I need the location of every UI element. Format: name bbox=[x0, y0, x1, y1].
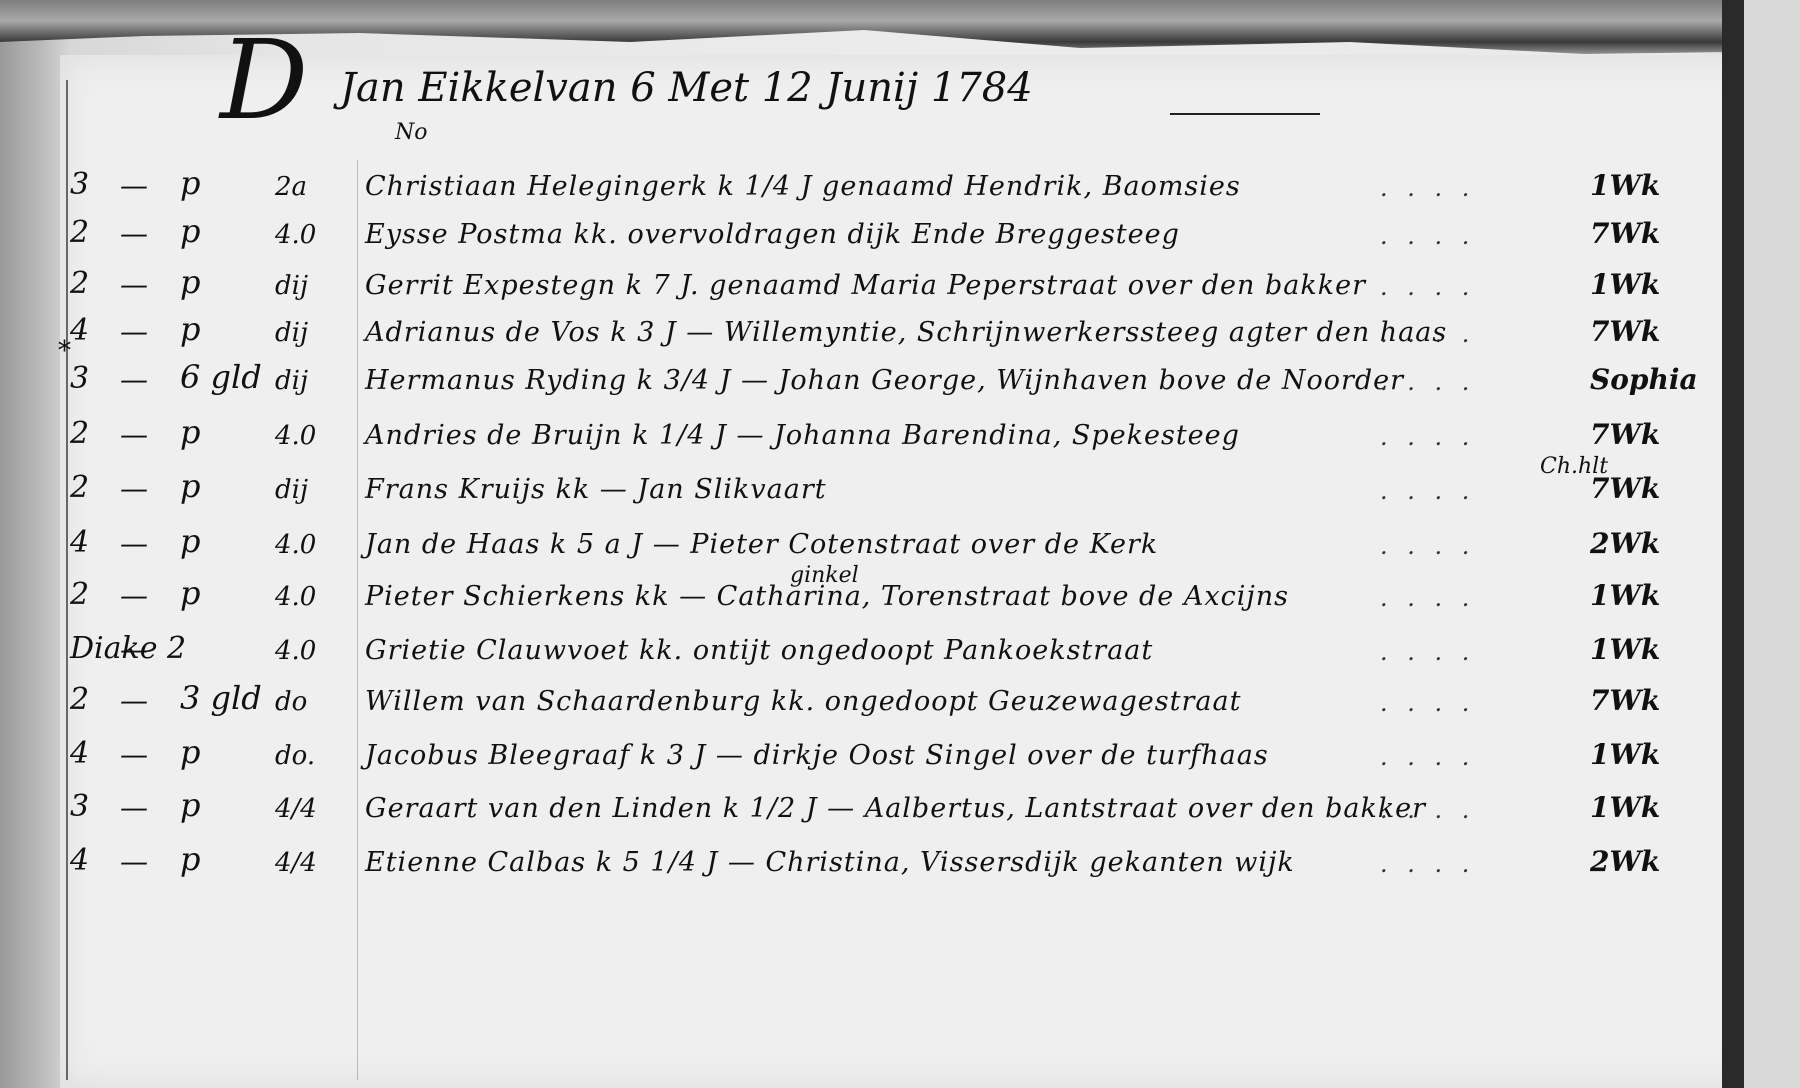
row-payment: p bbox=[180, 786, 200, 824]
row-dash: — bbox=[120, 268, 148, 301]
row-reference: 4.0 bbox=[275, 636, 316, 666]
row-tally-mark: 1Wk bbox=[1590, 268, 1660, 301]
row-reference: dij bbox=[275, 318, 308, 348]
row-tally-mark: 1Wk bbox=[1590, 791, 1660, 824]
row-entry: Eysse Postma kk. overvoldragen dijk Ende… bbox=[365, 219, 1180, 250]
register-row: Diake 24.0Grietie Clauwvoet kk. ontijt o… bbox=[0, 622, 1800, 672]
row-entry: Pieter Schierkens kk — Catharina, Torens… bbox=[365, 581, 1289, 612]
row-count: 3 bbox=[70, 167, 89, 202]
row-dash: — bbox=[120, 363, 148, 396]
row-reference: dij bbox=[275, 366, 308, 396]
row-count: 2 bbox=[70, 266, 89, 301]
row-reference: dij bbox=[275, 271, 308, 301]
asterisk-mark-icon: * bbox=[58, 336, 71, 366]
register-row: 4pdo.Jacobus Bleegraaf k 3 J — dirkje Oo… bbox=[0, 727, 1800, 777]
row-tally-mark: 1Wk bbox=[1590, 169, 1660, 202]
row-leader-dots: . . . . bbox=[1380, 477, 1475, 505]
row-tally-mark: 7Wk bbox=[1590, 684, 1660, 717]
row-payment: p bbox=[180, 574, 200, 612]
row-tally-mark: 7Wk bbox=[1590, 315, 1660, 348]
row-tally-mark: 1Wk bbox=[1590, 633, 1660, 666]
row-leader-dots: . . . . bbox=[1380, 368, 1475, 396]
row-leader-dots: . . . . bbox=[1380, 174, 1475, 202]
row-count: 3 bbox=[70, 789, 89, 824]
row-leader-dots: . . . . bbox=[1380, 320, 1475, 348]
row-dash: — bbox=[120, 418, 148, 451]
register-row: 2p4.0Pieter Schierkens kk — Catharina, T… bbox=[0, 568, 1800, 618]
register-row: 4p4/4Etienne Calbas k 5 1/4 J — Christin… bbox=[0, 834, 1800, 884]
row-entry: Hermanus Ryding k 3/4 J — Johan George, … bbox=[365, 365, 1404, 396]
row-reference: dij bbox=[275, 475, 308, 505]
row-entry: Frans Kruijs kk — Jan Slikvaart bbox=[365, 474, 827, 505]
row-reference: 4.0 bbox=[275, 220, 316, 250]
row-dash: — bbox=[120, 633, 148, 666]
row-count: 2 bbox=[70, 215, 89, 250]
row-count: 4 bbox=[70, 843, 89, 878]
row-reference: 4.0 bbox=[275, 582, 316, 612]
row-count: 2 bbox=[70, 577, 89, 612]
register-row: 3p2aChristiaan Helegingerk k 1/4 J genaa… bbox=[0, 158, 1800, 208]
row-dash: — bbox=[120, 217, 148, 250]
row-leader-dots: . . . . bbox=[1380, 850, 1475, 878]
row-tally-mark: 1Wk bbox=[1590, 579, 1660, 612]
row-tally-mark: 2Wk bbox=[1590, 527, 1660, 560]
row-count: 4 bbox=[70, 525, 89, 560]
row-leader-dots: . . . . bbox=[1380, 743, 1475, 771]
row-dash: — bbox=[120, 684, 148, 717]
header-sub-marker: No bbox=[395, 120, 428, 145]
row-tally-mark: 7Wk bbox=[1590, 217, 1660, 250]
header-year-underline bbox=[1170, 113, 1320, 115]
register-row: 36 glddijHermanus Ryding k 3/4 J — Johan… bbox=[0, 352, 1800, 402]
row-payment: p bbox=[180, 164, 200, 202]
row-count: 4 bbox=[70, 313, 89, 348]
row-dash: — bbox=[120, 315, 148, 348]
row-reference: 2a bbox=[275, 172, 307, 202]
row-count: 2 bbox=[70, 682, 89, 717]
row-payment: p bbox=[180, 522, 200, 560]
row-payment: p bbox=[180, 310, 200, 348]
row-payment: p bbox=[180, 212, 200, 250]
row-entry: Christiaan Helegingerk k 1/4 J genaamd H… bbox=[365, 171, 1241, 202]
row-leader-dots: . . . . bbox=[1380, 423, 1475, 451]
row-payment: p bbox=[180, 467, 200, 505]
register-row: 4pdijAdrianus de Vos k 3 J — Willemyntie… bbox=[0, 304, 1800, 354]
row-dash: — bbox=[120, 527, 148, 560]
row-tally-mark: 7Wk bbox=[1590, 472, 1660, 505]
row-leader-dots: . . . . bbox=[1380, 273, 1475, 301]
row-leader-dots: . . . . bbox=[1380, 638, 1475, 666]
row-leader-dots: . . . . bbox=[1380, 689, 1475, 717]
row-reference: 4.0 bbox=[275, 421, 316, 451]
row-dash: — bbox=[120, 169, 148, 202]
register-row: 23 glddoWillem van Schaardenburg kk. ong… bbox=[0, 673, 1800, 723]
register-row: 2p4.0Andries de Bruijn k 1/4 J — Johanna… bbox=[0, 407, 1800, 457]
row-reference: 4/4 bbox=[275, 848, 317, 878]
row-dash: — bbox=[120, 845, 148, 878]
row-reference: 4.0 bbox=[275, 530, 316, 560]
row-entry: Geraart van den Linden k 1/2 J — Aalbert… bbox=[365, 793, 1426, 824]
row-leader-dots: . . . . bbox=[1380, 532, 1475, 560]
row-payment: 3 gld bbox=[180, 679, 262, 717]
header-title: Jan Eikkelvan 6 Met 12 Junij 1784 bbox=[340, 65, 1033, 111]
register-row: 2pdijGerrit Expestegn k 7 J. genaamd Mar… bbox=[0, 257, 1800, 307]
row-entry: Willem van Schaardenburg kk. ongedoopt G… bbox=[365, 686, 1241, 717]
row-payment: p bbox=[180, 840, 200, 878]
row-count: 2 bbox=[70, 416, 89, 451]
row-leader-dots: . . . . bbox=[1380, 796, 1475, 824]
row-leader-dots: . . . . bbox=[1380, 222, 1475, 250]
row-payment: p bbox=[180, 733, 200, 771]
register-row: 2pdijFrans Kruijs kk — Jan Slikvaart7Wk—… bbox=[0, 461, 1800, 511]
register-row: 3p4/4Geraart van den Linden k 1/2 J — Aa… bbox=[0, 780, 1800, 830]
row-entry: Jan de Haas k 5 a J — Pieter Cotenstraat… bbox=[365, 529, 1158, 560]
row-dash: — bbox=[120, 791, 148, 824]
row-payment: 6 gld bbox=[180, 358, 262, 396]
register-row: 2p4.0Eysse Postma kk. overvoldragen dijk… bbox=[0, 206, 1800, 256]
row-entry: Etienne Calbas k 5 1/4 J — Christina, Vi… bbox=[365, 847, 1295, 878]
row-dash: — bbox=[120, 472, 148, 505]
row-tally-mark: Sophia bbox=[1590, 363, 1698, 396]
row-reference: do bbox=[275, 687, 307, 717]
header-initial: D bbox=[220, 25, 308, 135]
row-payment: p bbox=[180, 263, 200, 301]
row-count: 3 bbox=[70, 361, 89, 396]
row-reference: do. bbox=[275, 741, 315, 771]
row-entry: Jacobus Bleegraaf k 3 J — dirkje Oost Si… bbox=[365, 740, 1269, 771]
row-reference: 4/4 bbox=[275, 794, 317, 824]
register-row: 4p4.0Jan de Haas k 5 a J — Pieter Cotens… bbox=[0, 516, 1800, 566]
row-count: 4 bbox=[70, 736, 89, 771]
row-leader-dots: . . . . bbox=[1380, 584, 1475, 612]
row-count: 2 bbox=[70, 470, 89, 505]
row-tally-mark: 2Wk bbox=[1590, 845, 1660, 878]
row-dash: — bbox=[120, 579, 148, 612]
row-entry: Andries de Bruijn k 1/4 J — Johanna Bare… bbox=[365, 420, 1240, 451]
row-entry: Gerrit Expestegn k 7 J. genaamd Maria Pe… bbox=[365, 270, 1366, 301]
row-entry: Grietie Clauwvoet kk. ontijt ongedoopt P… bbox=[365, 635, 1153, 666]
row-tally-mark: 1Wk bbox=[1590, 738, 1660, 771]
row-payment: p bbox=[180, 413, 200, 451]
row-entry: Adrianus de Vos k 3 J — Willemyntie, Sch… bbox=[365, 317, 1447, 348]
row-tally-mark: 7Wk bbox=[1590, 418, 1660, 451]
row-dash: — bbox=[120, 738, 148, 771]
